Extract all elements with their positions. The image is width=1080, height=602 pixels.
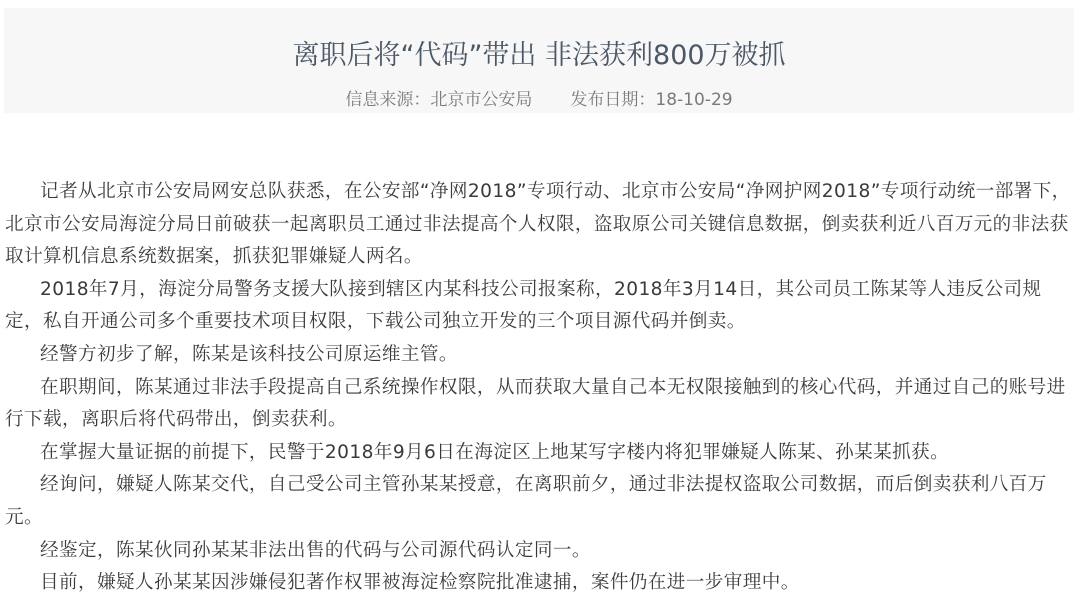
paragraph: 记者从北京市公安局网安总队获悉，在公安部“净网2018”专项行动、北京市公安局“… <box>5 176 1079 274</box>
article-meta: 信息来源：北京市公安局发布日期：18-10-29 <box>4 88 1074 112</box>
paragraph: 经询问，嫌疑人陈某交代，自己受公司主管孙某某授意，在离职前夕，通过非法提权盗取公… <box>5 469 1079 534</box>
article-body: 记者从北京市公安局网安总队获悉，在公安部“净网2018”专项行动、北京市公安局“… <box>5 176 1079 600</box>
article-title: 离职后将“代码”带出 非法获利800万被抓 <box>4 38 1074 74</box>
paragraph: 经警方初步了解，陈某是该科技公司原运维主管。 <box>5 339 1079 372</box>
article-header: 离职后将“代码”带出 非法获利800万被抓 信息来源：北京市公安局发布日期：18… <box>4 8 1074 113</box>
paragraph: 在掌握大量证据的前提下，民警于2018年9月6日在海淀区上地某写字楼内将犯罪嫌疑… <box>5 437 1079 470</box>
source-value: 北京市公安局 <box>430 90 532 110</box>
paragraph: 经鉴定，陈某伙同孙某某非法出售的代码与公司源代码认定同一。 <box>5 535 1079 568</box>
source-label: 信息来源： <box>345 90 430 110</box>
paragraph: 2018年7月，海淀分局警务支援大队接到辖区内某科技公司报案称，2018年3月1… <box>5 274 1079 339</box>
date-label: 发布日期： <box>570 90 655 110</box>
paragraph: 目前，嫌疑人孙某某因涉嫌侵犯著作权罪被海淀检察院批准逮捕，案件仍在进一步审理中。 <box>5 567 1079 600</box>
paragraph: 在职期间，陈某通过非法手段提高自己系统操作权限，从而获取大量自己本无权限接触到的… <box>5 372 1079 437</box>
date-value: 18-10-29 <box>655 90 732 110</box>
